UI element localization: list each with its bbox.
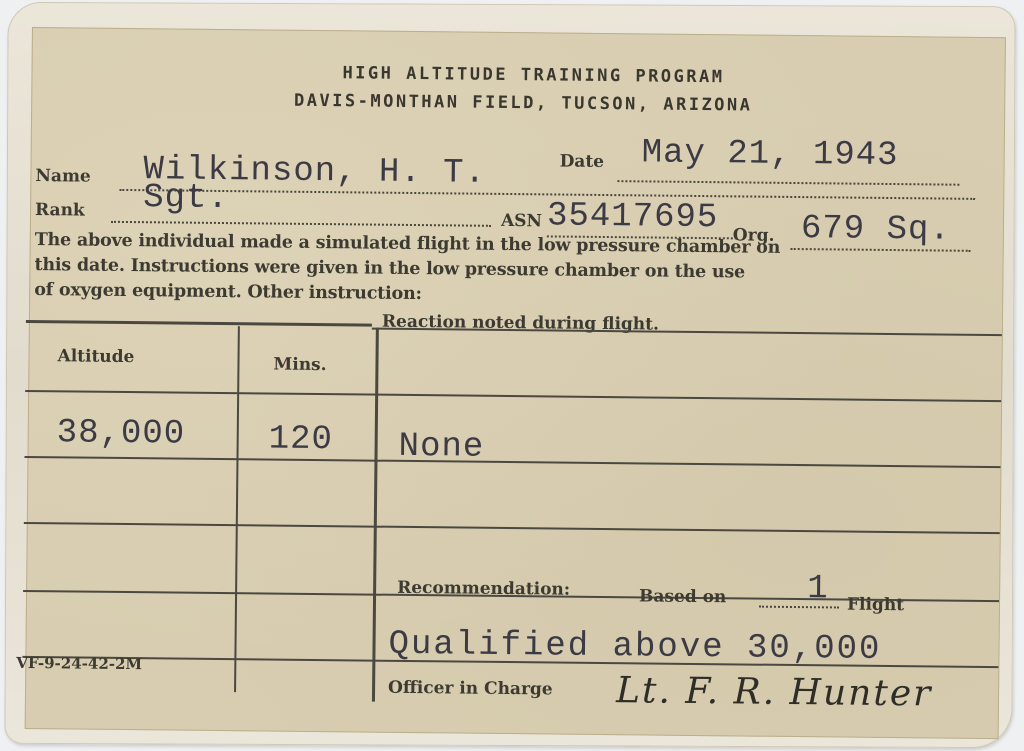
rank-value: Sgt. bbox=[143, 179, 229, 218]
flights-count: 1 bbox=[807, 570, 829, 608]
name-label: Name bbox=[35, 166, 91, 187]
table-top-rule-left bbox=[26, 320, 372, 327]
date-value: May 21, 1943 bbox=[642, 134, 899, 175]
mins-column-header: Mins. bbox=[273, 355, 326, 376]
mins-value: 120 bbox=[268, 421, 333, 460]
flight-label: Flight bbox=[847, 595, 904, 616]
table-rule-1 bbox=[25, 390, 1001, 402]
column-divider-2 bbox=[372, 328, 379, 702]
table-rule-3 bbox=[24, 522, 1000, 534]
rank-dotted-line bbox=[111, 221, 491, 227]
recommendation-label: Recommendation: bbox=[397, 578, 570, 600]
asn-value: 35417695 bbox=[547, 197, 719, 237]
officer-label: Officer in Charge bbox=[388, 678, 553, 700]
date-dotted-line bbox=[617, 180, 959, 186]
reaction-value: None bbox=[398, 428, 484, 467]
altitude-value: 38,000 bbox=[57, 414, 186, 453]
recommendation-text: Qualified above 30,000 bbox=[388, 626, 881, 669]
form-number: VF-9-24-42-2M bbox=[16, 654, 142, 673]
location-title: DAVIS-MONTHAN FIELD, TUCSON, ARIZONA bbox=[42, 88, 1004, 118]
officer-signature: Lt. F. R. Hunter bbox=[616, 670, 933, 714]
program-title: HIGH ALTITUDE TRAINING PROGRAM bbox=[62, 60, 1004, 90]
table-rule-2 bbox=[24, 456, 1000, 468]
asn-label: ASN bbox=[501, 211, 542, 231]
rank-label: Rank bbox=[35, 200, 85, 221]
date-label: Date bbox=[560, 152, 605, 172]
instruction-paragraph: The above individual made a simulated fl… bbox=[34, 228, 995, 313]
altitude-column-header: Altitude bbox=[57, 346, 134, 367]
training-card: HIGH ALTITUDE TRAINING PROGRAM DAVIS-MON… bbox=[25, 27, 1006, 739]
based-on-label: Based on bbox=[639, 586, 726, 607]
column-divider-1 bbox=[234, 326, 240, 692]
